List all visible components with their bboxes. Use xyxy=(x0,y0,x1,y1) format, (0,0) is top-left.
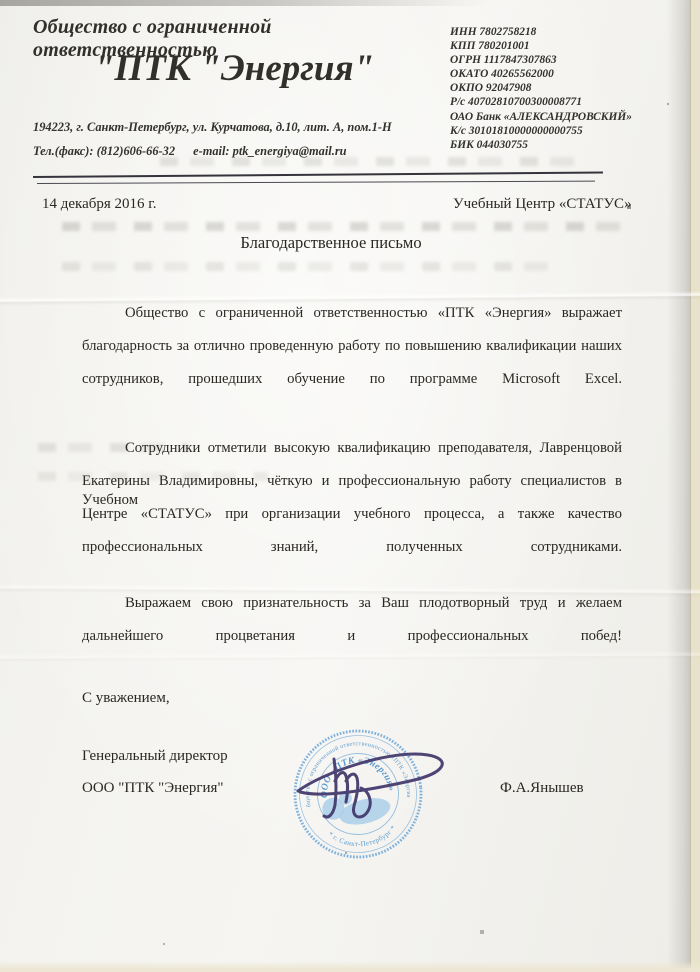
paragraph-line: дальнейшего процветания и профессиональн… xyxy=(82,627,622,660)
scan-specks xyxy=(0,0,2,2)
scan-edge-right xyxy=(690,0,700,972)
scan-edge-top xyxy=(0,0,490,6)
company-address: 194223, г. Санкт-Петербург, ул. Курчатов… xyxy=(33,120,453,135)
divider-line-top xyxy=(33,172,603,179)
signer-position: Генеральный директор xyxy=(82,748,228,765)
paragraph-line: Центре «СТАТУС» при организации учебного… xyxy=(82,505,622,538)
paragraph-1: Общество с ограниченной ответственностью… xyxy=(82,304,622,403)
requisite-okpo: ОКПО 92047908 xyxy=(450,81,680,95)
requisite-okato: ОКАТО 40265562000 xyxy=(450,67,680,81)
letter-recipient: Учебный Центр «СТАТУС» xyxy=(453,196,632,213)
company-phone: Тел.(факс): (812)606-66-32 xyxy=(33,144,175,158)
company-email: e-mail: ptk_energiya@mail.ru xyxy=(193,144,346,158)
letter-date: 14 декабря 2016 г. xyxy=(42,196,157,213)
signer-name: Ф.А.Янышев xyxy=(500,780,584,797)
scan-edge-bottom xyxy=(0,961,700,972)
divider-line-bottom xyxy=(37,181,595,185)
paragraph-line: сотрудников, прошедших обучение по прогр… xyxy=(82,370,622,403)
paragraph-line: Сотрудники отметили высокую квалификацию… xyxy=(82,439,622,472)
paragraph-line: Выражаем свою признательность за Ваш пло… xyxy=(82,594,622,627)
handwritten-signature xyxy=(282,728,467,828)
company-requisites: ИНН 7802758218 КПП 780201001 ОГРН 111784… xyxy=(450,25,680,152)
ink-bleedthrough xyxy=(62,262,562,271)
ink-bleedthrough xyxy=(62,222,622,231)
requisite-bank: ОАО Банк «АЛЕКСАНДРОВСКИЙ» xyxy=(450,110,680,124)
requisite-account: Р/с 40702810700300008771 xyxy=(450,95,680,109)
scanned-letter-page: Общество с ограниченной ответственностью… xyxy=(0,0,700,972)
letter-title: Благодарственное письмо xyxy=(61,233,601,253)
paragraph-line: Екатерины Владимировны, чёткую и професс… xyxy=(82,472,622,505)
company-contacts: Тел.(факс): (812)606-66-32e-mail: ptk_en… xyxy=(33,144,453,159)
requisite-inn: ИНН 7802758218 xyxy=(450,25,680,39)
paragraph-line: Общество с ограниченной ответственностью… xyxy=(82,304,622,337)
paragraph-line: профессиональных знаний, полученных сотр… xyxy=(82,538,622,571)
paragraph-3: Выражаем свою признательность за Ваш пло… xyxy=(82,594,622,660)
requisite-ogrn: ОГРН 1117847307863 xyxy=(450,53,680,67)
requisite-bik: БИК 044030755 xyxy=(450,138,680,152)
paragraph-line: благодарность за отлично проведенную раб… xyxy=(82,337,622,370)
requisite-corr-account: К/с 30101810000000000755 xyxy=(450,124,680,138)
signer-company: ООО "ПТК "Энергия" xyxy=(82,780,224,797)
requisite-kpp: КПП 780201001 xyxy=(450,39,680,53)
letter-closing: С уважением, xyxy=(82,690,170,707)
paragraph-2: Сотрудники отметили высокую квалификацию… xyxy=(82,439,622,571)
company-name: "ПТК "Энергия" xyxy=(33,47,435,90)
